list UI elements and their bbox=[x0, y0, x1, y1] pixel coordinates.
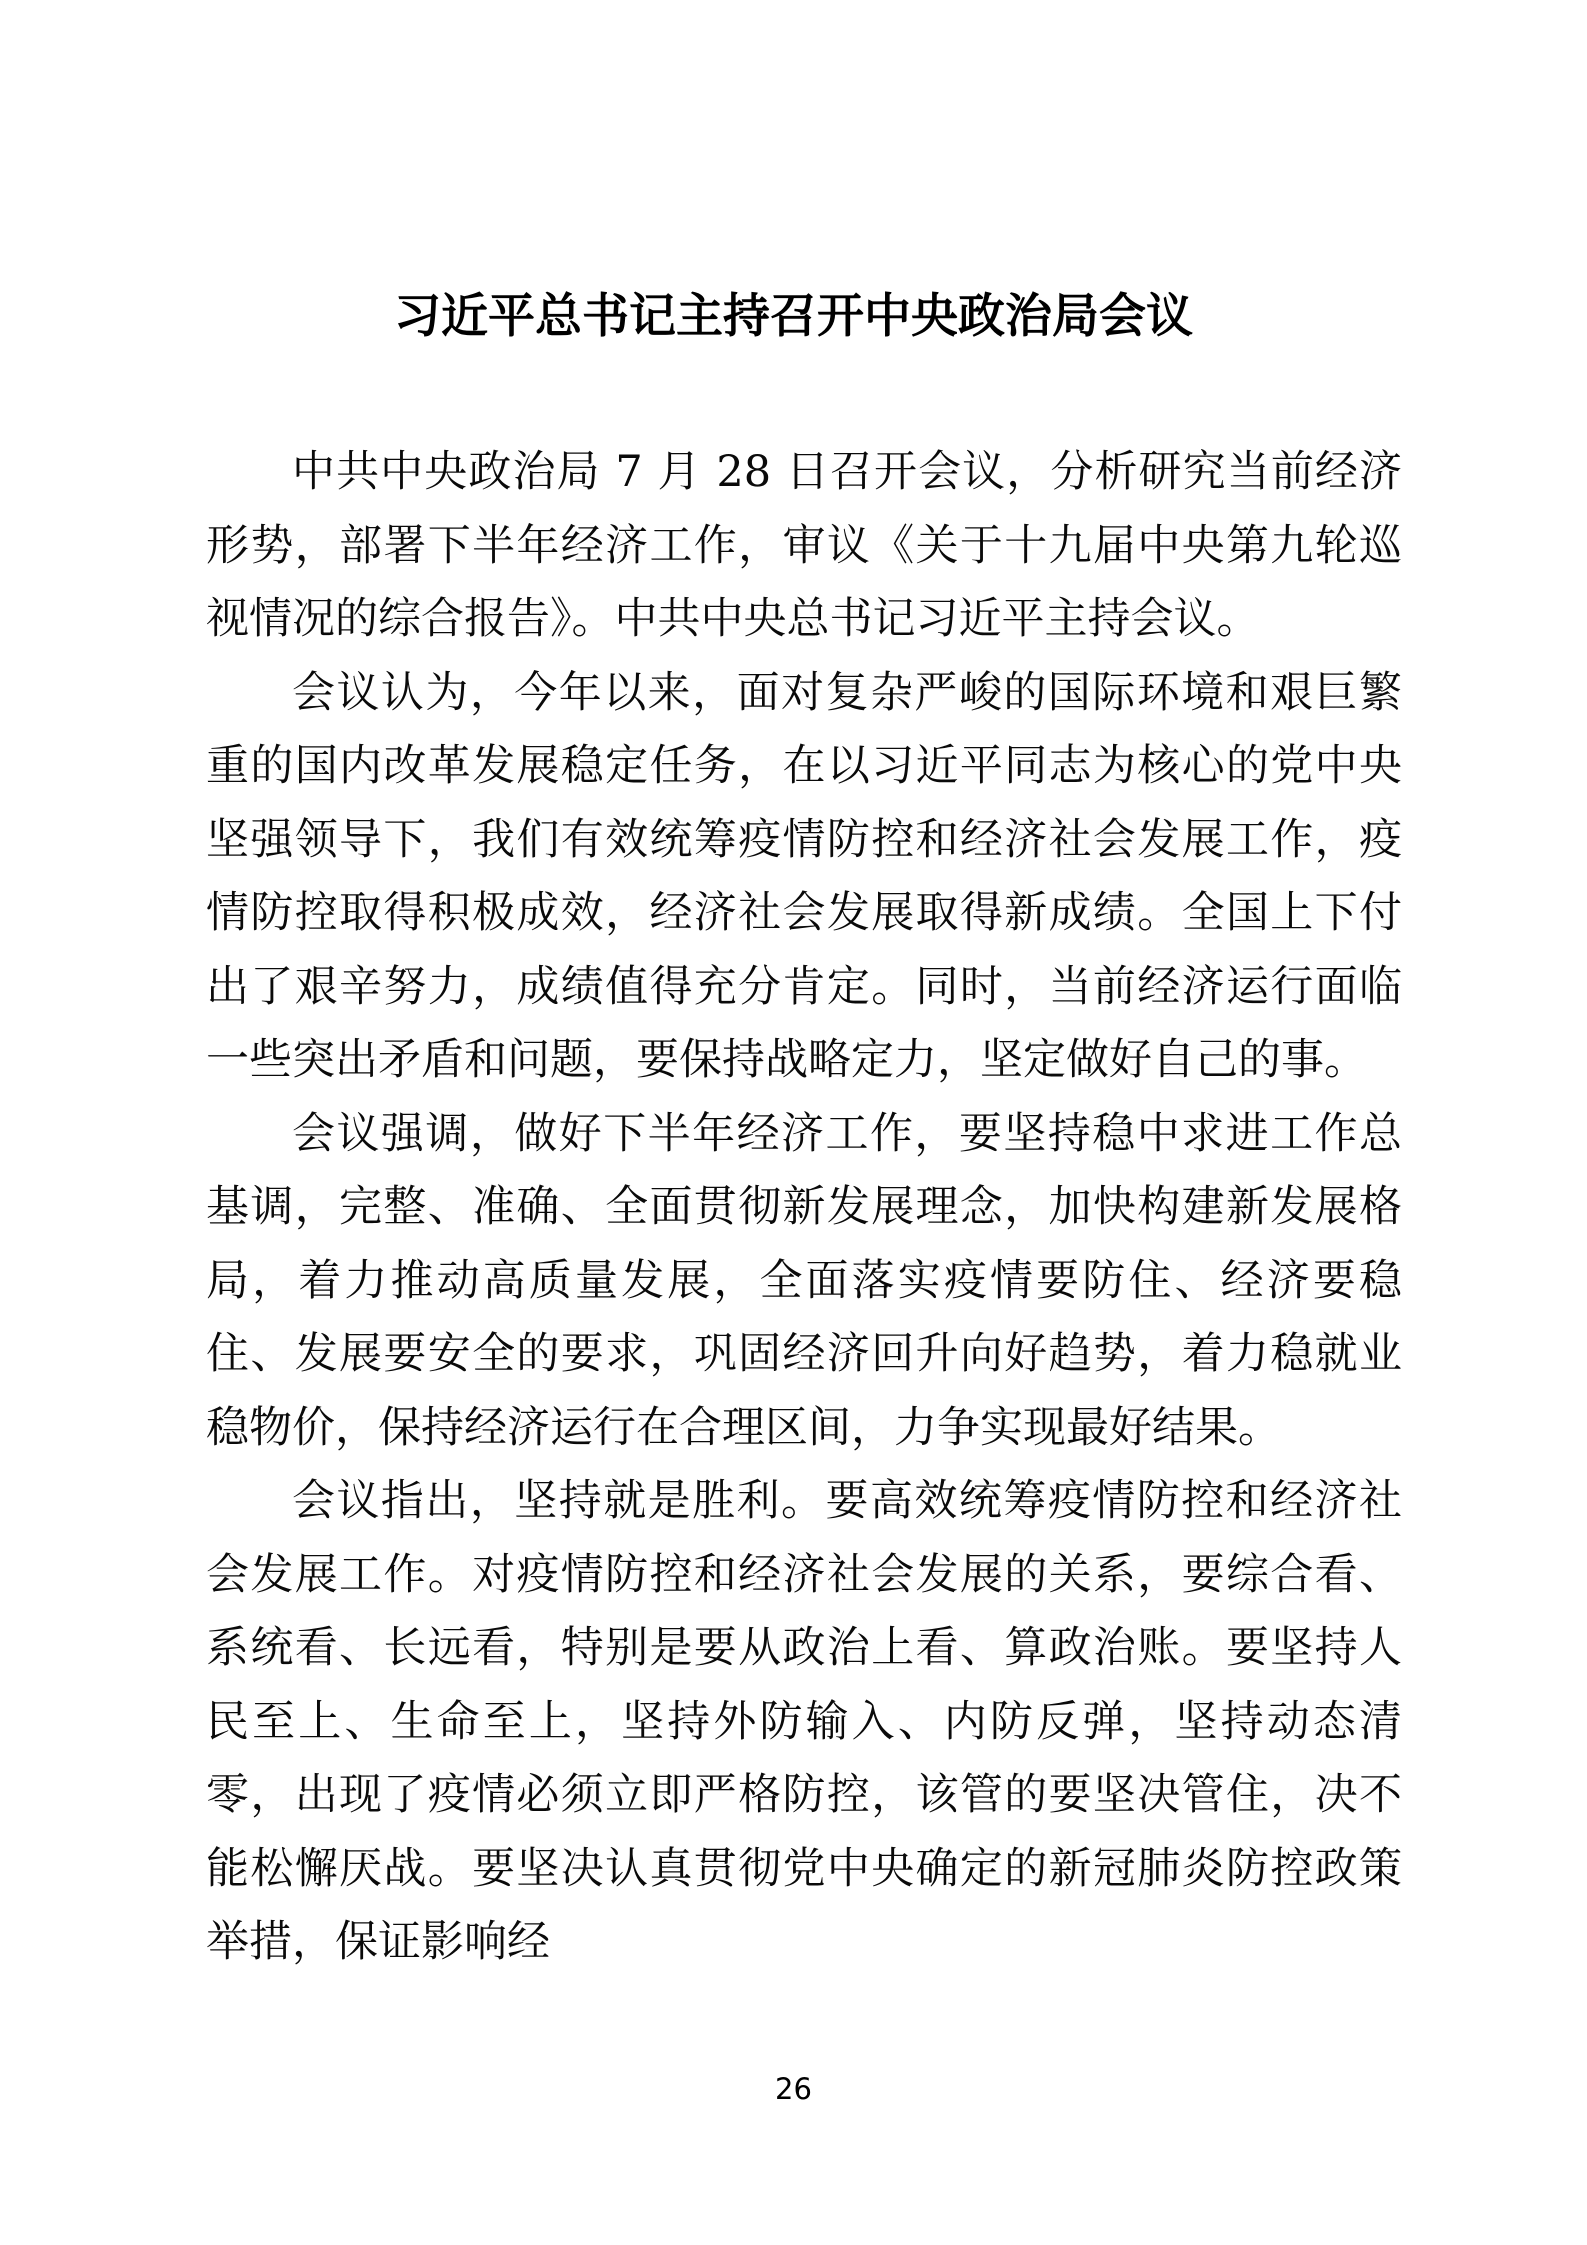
body-paragraph-2: 会议认为，今年以来，面对复杂严峻的国际环境和艰巨繁重的国内改革发展稳定任务，在以… bbox=[206, 657, 1402, 1098]
document-title: 习近平总书记主持召开中央政治局会议 bbox=[0, 288, 1587, 346]
page-footer: 26 bbox=[0, 2072, 1587, 2106]
body-paragraph-3: 会议强调，做好下半年经济工作，要坚持稳中求进工作总基调，完整、准确、全面贯彻新发… bbox=[206, 1098, 1402, 1466]
page-number: 26 bbox=[775, 2072, 812, 2106]
document-body: 中共中央政治局 7 月 28 日召开会议，分析研究当前经济形势，部署下半年经济工… bbox=[206, 436, 1402, 1980]
document-page: 习近平总书记主持召开中央政治局会议 中共中央政治局 7 月 28 日召开会议，分… bbox=[0, 0, 1587, 2245]
body-paragraph-1: 中共中央政治局 7 月 28 日召开会议，分析研究当前经济形势，部署下半年经济工… bbox=[206, 436, 1402, 657]
body-paragraph-4: 会议指出，坚持就是胜利。要高效统筹疫情防控和经济社会发展工作。对疫情防控和经济社… bbox=[206, 1465, 1402, 1980]
